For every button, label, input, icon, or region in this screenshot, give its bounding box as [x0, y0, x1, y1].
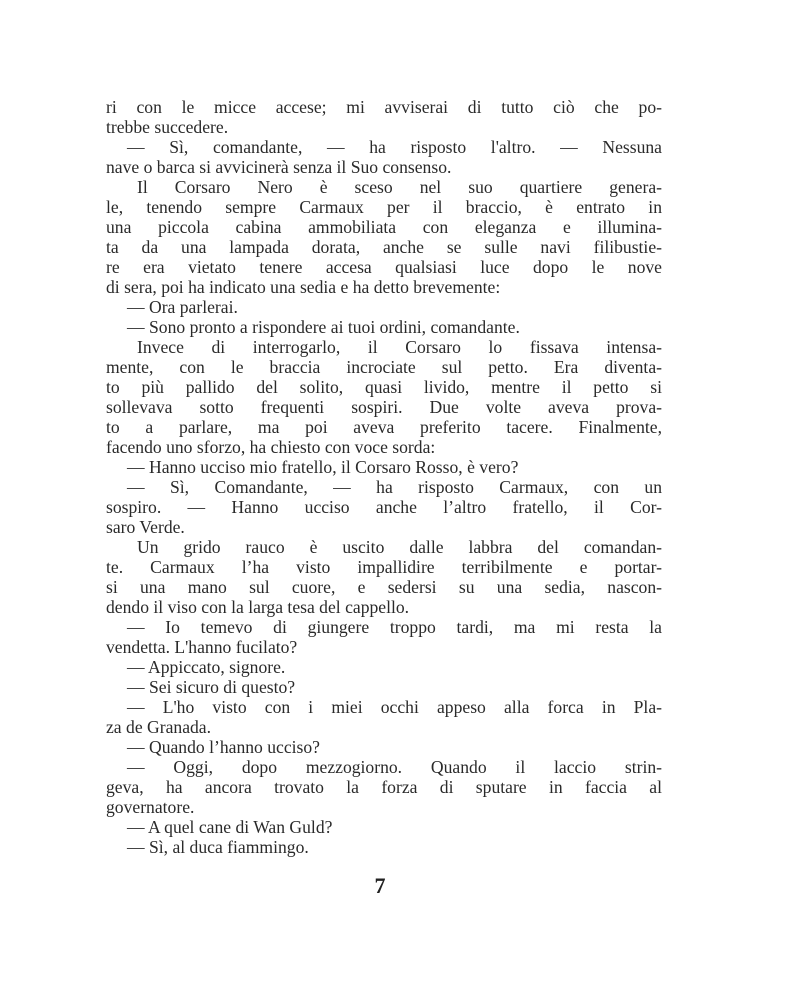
paragraph-start-line: Un grido rauco è uscito dalle labbra del… — [106, 537, 662, 557]
text-line: si una mano sul cuore, e sedersi su una … — [106, 577, 662, 597]
dialogue-line: — L'ho visto con i miei occhi appeso all… — [106, 697, 662, 717]
text-line: to più pallido del solito, quasi livido,… — [106, 377, 662, 397]
text-line: ta da una lampada dorata, anche se sulle… — [106, 237, 662, 257]
dialogue-line: — A quel cane di Wan Guld? — [106, 817, 662, 837]
text-line: facendo uno sforzo, ha chiesto con voce … — [106, 437, 662, 457]
text-line: re era vietato tenere accesa qualsiasi l… — [106, 257, 662, 277]
dialogue-line: — Ora parlerai. — [106, 297, 662, 317]
text-line: sospiro. — Hanno ucciso anche l’altro fr… — [106, 497, 662, 517]
dialogue-line: — Sì, al duca fiammingo. — [106, 837, 662, 857]
text-line: vendetta. L'hanno fucilato? — [106, 637, 662, 657]
dialogue-line: — Sì, Comandante, — ha risposto Carmaux,… — [106, 477, 662, 497]
text-line: za de Granada. — [106, 717, 662, 737]
text-line: di sera, poi ha indicato una sedia e ha … — [106, 277, 662, 297]
text-line: governatore. — [106, 797, 662, 817]
text-line: mente, con le braccia incrociate sul pet… — [106, 357, 662, 377]
dialogue-line: — Sono pronto a rispondere ai tuoi ordin… — [106, 317, 662, 337]
dialogue-line: — Appiccato, signore. — [106, 657, 662, 677]
text-line: sollevava sotto frequenti sospiri. Due v… — [106, 397, 662, 417]
page-body: ri con le micce accese; mi avviserai di … — [106, 97, 662, 857]
dialogue-line: — Oggi, dopo mezzogiorno. Quando il lacc… — [106, 757, 662, 777]
text-line: nave o barca si avvicinerà senza il Suo … — [106, 157, 662, 177]
text-line: una piccola cabina ammobiliata con elega… — [106, 217, 662, 237]
text-line: le, tenendo sempre Carmaux per il bracci… — [106, 197, 662, 217]
dialogue-line: — Sì, comandante, — ha risposto l'altro.… — [106, 137, 662, 157]
dialogue-line: — Hanno ucciso mio fratello, il Corsaro … — [106, 457, 662, 477]
text-line: dendo il viso con la larga tesa del capp… — [106, 597, 662, 617]
page-number: 7 — [0, 873, 760, 899]
dialogue-line: — Io temevo di giungere troppo tardi, ma… — [106, 617, 662, 637]
text-line: trebbe succedere. — [106, 117, 662, 137]
dialogue-line: — Quando l’hanno ucciso? — [106, 737, 662, 757]
text-line: saro Verde. — [106, 517, 662, 537]
text-line: to a parlare, ma poi aveva preferito tac… — [106, 417, 662, 437]
paragraph-start-line: Invece di interrogarlo, il Corsaro lo fi… — [106, 337, 662, 357]
text-line: ri con le micce accese; mi avviserai di … — [106, 97, 662, 117]
paragraph-start-line: Il Corsaro Nero è sceso nel suo quartier… — [106, 177, 662, 197]
text-line: geva, ha ancora trovato la forza di sput… — [106, 777, 662, 797]
dialogue-line: — Sei sicuro di questo? — [106, 677, 662, 697]
text-line: te. Carmaux l’ha visto impallidire terri… — [106, 557, 662, 577]
